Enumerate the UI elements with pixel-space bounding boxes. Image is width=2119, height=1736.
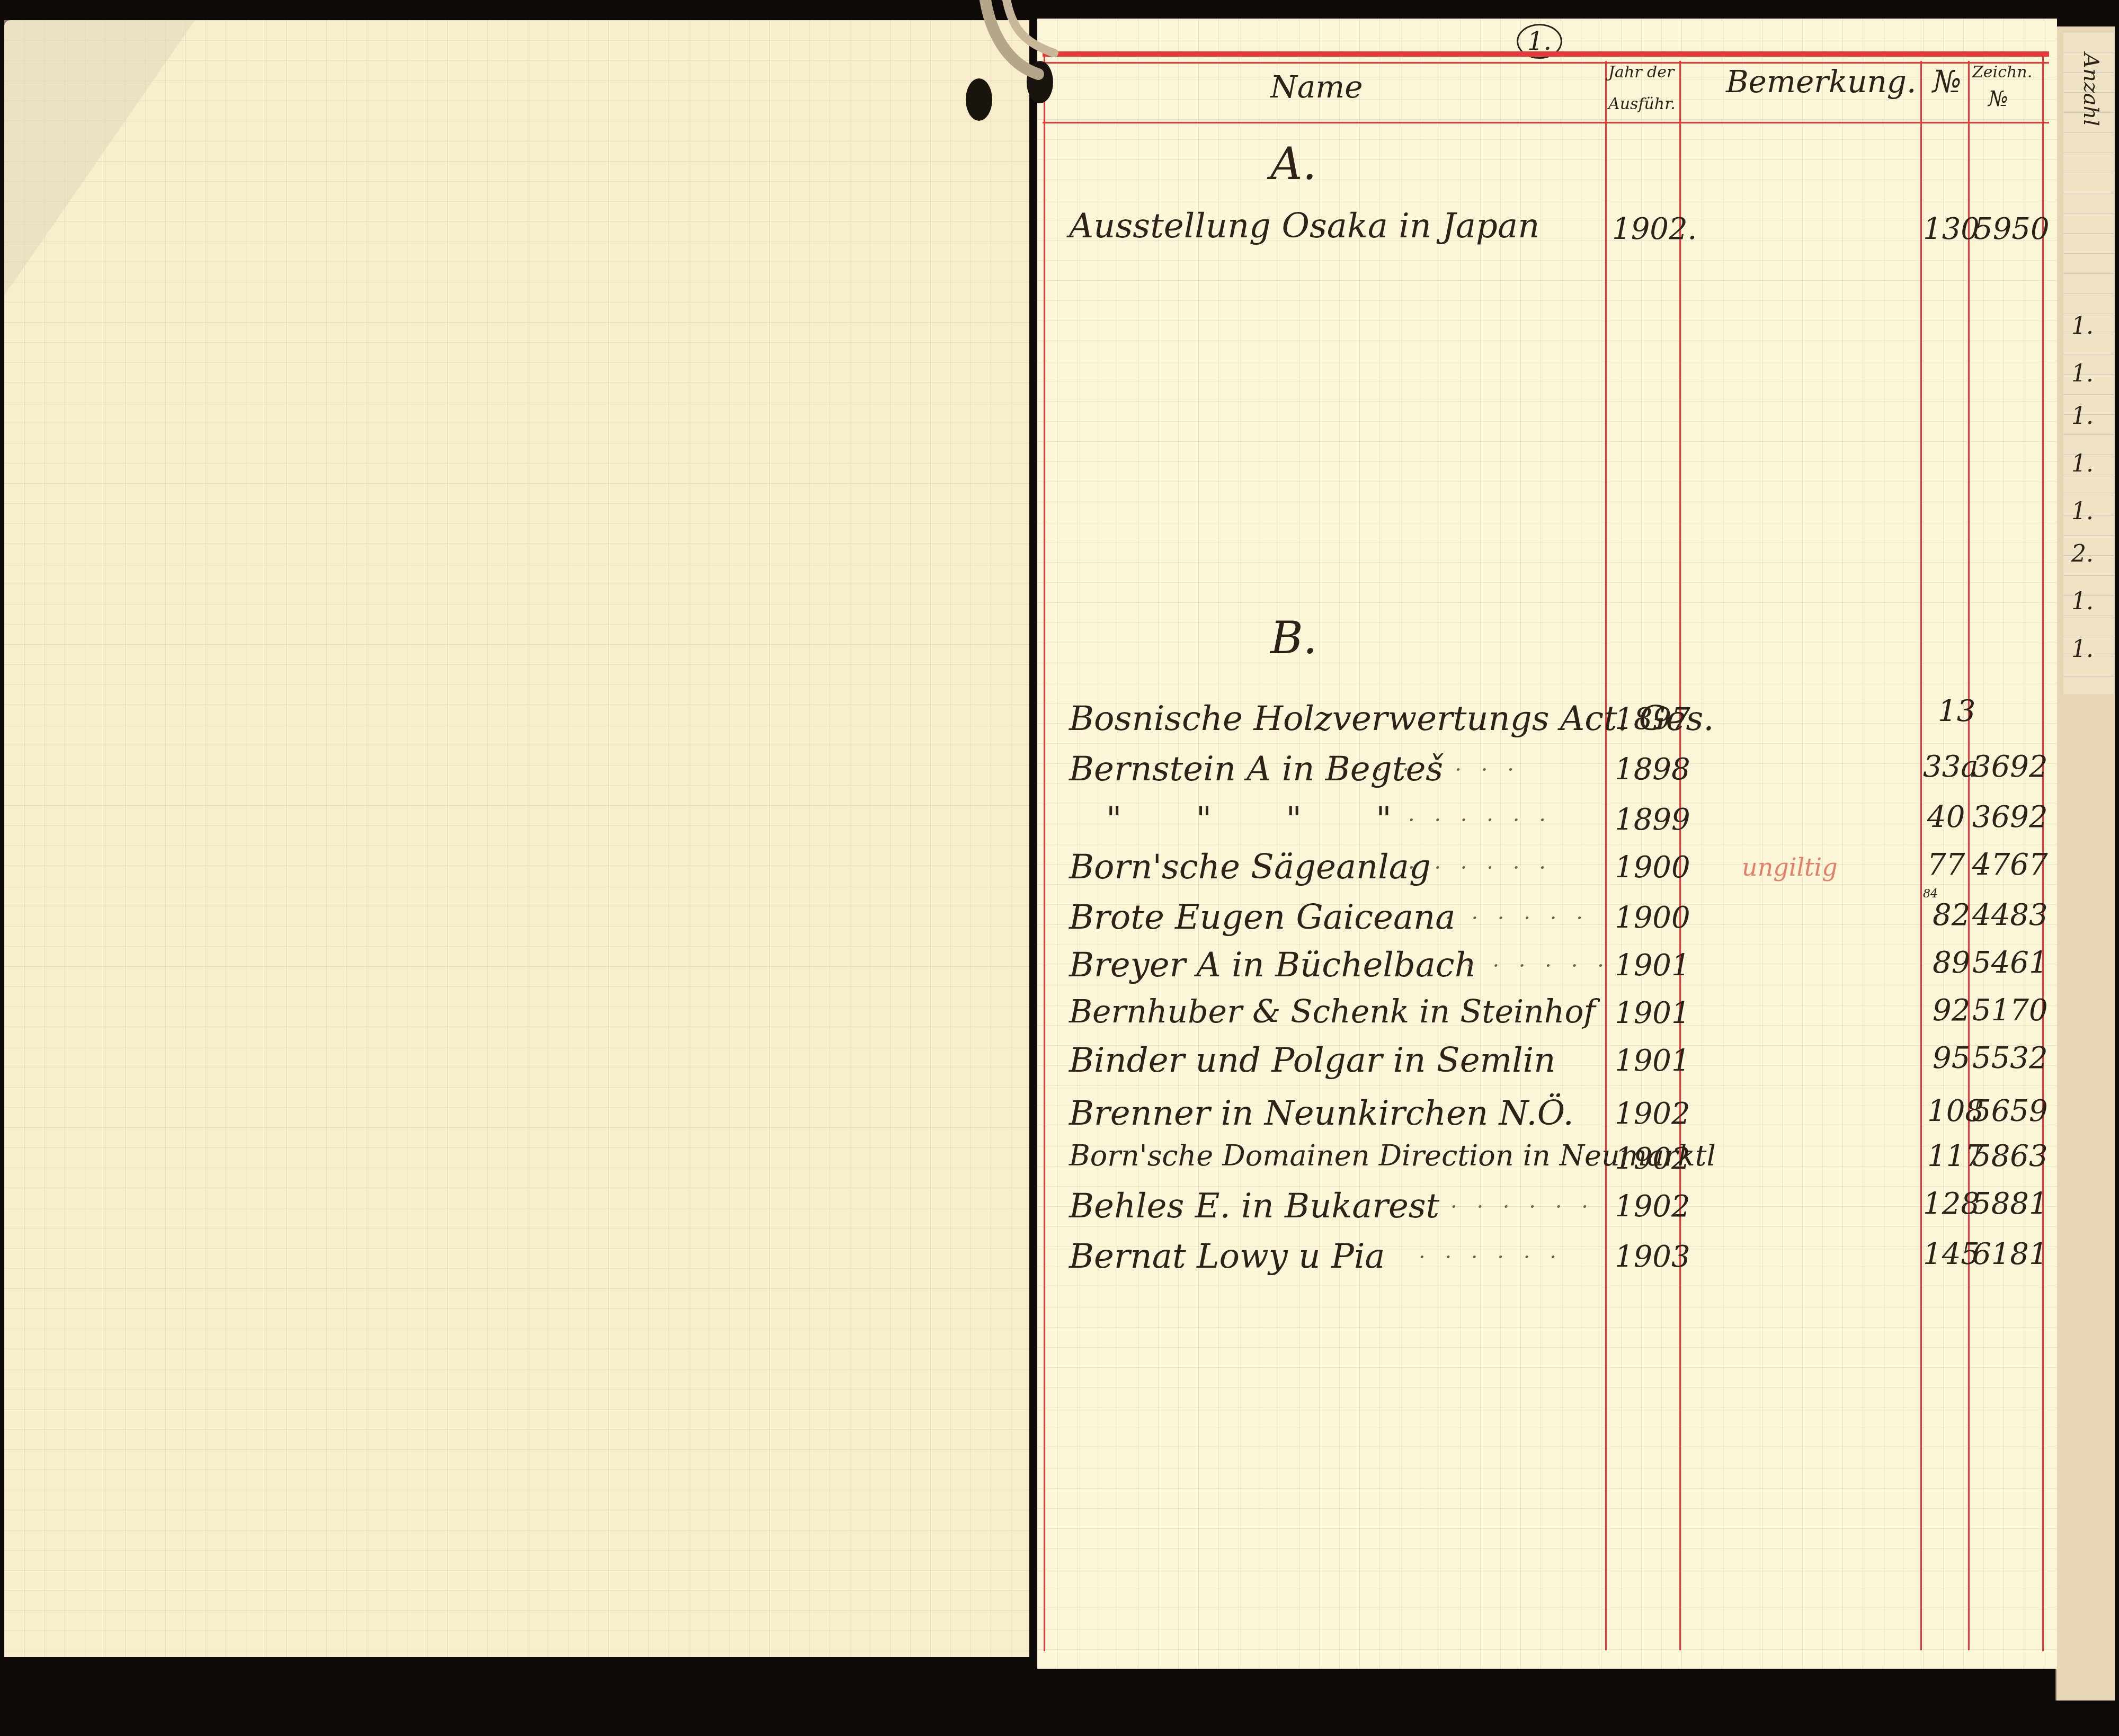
side-tab-mark: 1. [2071, 450, 2094, 477]
entry-name: Binder und Polgar in Semlin [1069, 1041, 1555, 1080]
left-margin-rule [1044, 51, 1045, 1651]
left-page [4, 20, 1029, 1657]
entry-number: 89 [1933, 946, 1970, 980]
leader-dots: · · · · · · [1376, 758, 1520, 782]
entry-drawing-no: 5461 [1972, 946, 2048, 980]
section-letter-b: B. [1270, 612, 1317, 664]
side-tab-label: Anzahl [2079, 53, 2103, 126]
entry-number: 92 [1933, 993, 1970, 1028]
entry-number: 82 [1933, 898, 1970, 932]
leader-dots: · · · · · · [1445, 906, 1589, 930]
entry-number: 13 [1938, 694, 1975, 728]
column-header-number: № [1933, 64, 1962, 100]
section-letter-a: A. [1270, 138, 1316, 190]
entry-number: 77 [1927, 848, 1965, 882]
drawing-column-left-rule [1968, 61, 1970, 1650]
side-tab-page: Anzahl 1. 1. 1. 1. 1. 2. 1. 1. [2063, 32, 2114, 694]
entry-drawing-no: 5863 [1972, 1139, 2048, 1173]
leader-dots: · · · · · · [1450, 1195, 1595, 1219]
entry-name: Born'sche Sägeanlag [1069, 848, 1431, 887]
side-tab-mark: 1. [2071, 498, 2094, 525]
number-column-left-rule [1920, 61, 1922, 1650]
side-tab-mark: 1. [2071, 403, 2094, 430]
folded-corner [4, 20, 195, 296]
entry-number: 33a [1923, 750, 1979, 784]
entry-year: 1901 [1615, 996, 1690, 1030]
leader-dots: · · · · · · [1408, 808, 1552, 832]
leader-dots: · · · · · · [1466, 954, 1610, 978]
entry-number: 95 [1933, 1041, 1970, 1075]
entry-drawing-no: 4483 [1972, 898, 2048, 932]
entry-drawing-no: 5532 [1972, 1041, 2048, 1075]
side-tab-mark: 2. [2071, 540, 2094, 567]
entry-year: 1902 [1615, 1097, 1690, 1131]
entry-drawing-no: 3692 [1972, 800, 2048, 834]
entry-number: 128 [1923, 1187, 1980, 1221]
leader-dots: · · · · · · [1419, 1245, 1563, 1269]
side-tab-mark: 1. [2071, 360, 2094, 387]
column-header-name: Name [1270, 69, 1363, 105]
side-tab-mark: 1. [2071, 636, 2094, 663]
entry-year: 1903 [1615, 1240, 1690, 1274]
entry-drawing-no: 5170 [1972, 993, 2048, 1028]
right-page: 1. Name Jahr der Ausführ. Bemerkung. № Z… [1037, 19, 2057, 1669]
entry-year: 1901 [1615, 948, 1690, 983]
entry-drawing-no: 5881 [1972, 1187, 2048, 1221]
entry-year: 1901 [1615, 1044, 1690, 1078]
entry-remark: ungiltig [1742, 853, 1838, 882]
leader-dots: · · · · · · [1408, 856, 1552, 880]
entry-year: 1898 [1615, 752, 1690, 787]
entry-number: 40 [1927, 800, 1965, 834]
entry-year: 1902 [1615, 1142, 1690, 1176]
entry-name-ditto: " " " " [1106, 800, 1423, 839]
entry-number: 145 [1923, 1237, 1980, 1271]
entry-name: Bernhuber & Schenk in Steinhof [1069, 993, 1596, 1030]
entry-name: Brote Eugen Gaiceana [1069, 898, 1455, 937]
column-header-year-line2: Ausführ. [1608, 93, 1676, 116]
column-header-remark: Bemerkung. [1726, 64, 1916, 100]
entry-drawing-no: 6181 [1972, 1237, 2048, 1271]
entry-year: 1900 [1615, 901, 1690, 935]
entry-drawing-no: 4767 [1972, 848, 2048, 882]
header-bottom-rule [1043, 122, 2049, 123]
column-header-year-line1: Jahr der [1608, 61, 1674, 84]
entry-name: Bernat Lowy u Pia [1069, 1237, 1385, 1276]
side-tab-mark: 1. [2071, 313, 2094, 340]
header-top-rule [1043, 51, 2049, 57]
entry-drawing-no: 5950 [1974, 212, 2050, 246]
side-tab-mark: 1. [2071, 588, 2094, 615]
entry-name: Ausstellung Osaka in Japan [1069, 207, 1539, 246]
entry-name: Brenner in Neunkirchen N.Ö. [1069, 1094, 1574, 1133]
entry-name: Behles E. in Bukarest [1069, 1187, 1439, 1226]
column-header-drawing-line1: Zeichn. [1972, 61, 2032, 84]
entry-year: 1897 [1615, 702, 1690, 736]
binding-hole [966, 78, 992, 121]
entry-number: 130 [1923, 212, 1980, 246]
entry-year: 1902. [1612, 212, 1697, 246]
entry-name: Breyer A in Büchelbach [1069, 946, 1476, 985]
entry-year: 1902 [1615, 1189, 1690, 1224]
entry-year: 1900 [1615, 850, 1690, 885]
entry-drawing-no: 5659 [1972, 1094, 2048, 1128]
binding-string [975, 0, 1059, 85]
year-column-left-rule [1605, 61, 1607, 1650]
column-header-drawing-line2: № [1988, 87, 2008, 111]
entry-drawing-no: 3692 [1972, 750, 2048, 784]
entry-year: 1899 [1615, 803, 1690, 837]
